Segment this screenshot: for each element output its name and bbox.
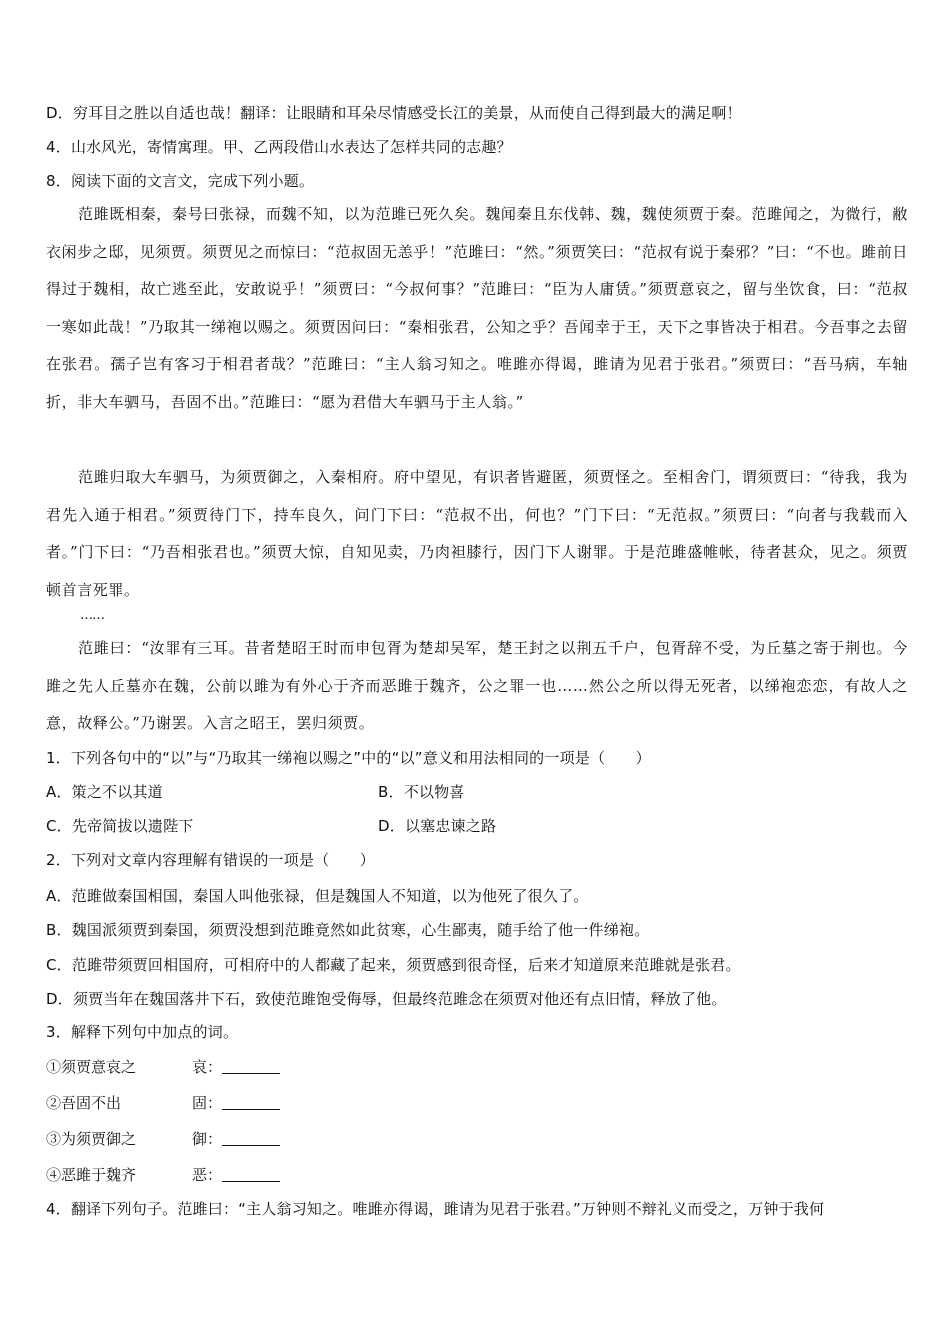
prev-question-4: 4．山水风光，寄情寓理。甲、乙两段借山水表达了怎样共同的志趣？ <box>46 137 512 157</box>
passage-paragraph-1: 范雎既相秦，秦号曰张禄，而魏不知，以为范雎已死久矣。魏闻秦且东伐韩、魏，魏使须贾… <box>46 196 908 422</box>
question-3-item-2: ②吾固不出固： <box>46 1093 280 1113</box>
answer-blank[interactable] <box>222 1059 280 1074</box>
question-2-option-c: C．范雎带须贾回相国府，可相府中的人都藏了起来，须贾感到很奇怪，后来才知道原来范… <box>46 955 741 975</box>
prev-option-d: D．穷耳目之胜以自适也哉！翻译：让眼睛和耳朵尽情感受长江的美景，从而使自己得到最… <box>46 103 742 123</box>
question-1-option-d: D．以塞忠谏之路 <box>378 816 496 836</box>
item-sentence: ①须贾意哀之 <box>46 1057 192 1077</box>
item-sentence: ③为须贾御之 <box>46 1129 192 1149</box>
question-2-option-b: B．魏国派须贾到秦国，须贾没想到范雎竟然如此贫寒，心生鄙夷，随手给了他一件绨袍。 <box>46 920 649 940</box>
answer-blank[interactable] <box>222 1131 280 1146</box>
question-3-item-1: ①须贾意哀之哀： <box>46 1057 280 1077</box>
question-3-item-3: ③为须贾御之御： <box>46 1129 280 1149</box>
item-sentence: ④恶雎于魏齐 <box>46 1165 192 1185</box>
document-page: D．穷耳目之胜以自适也哉！翻译：让眼睛和耳朵尽情感受长江的美景，从而使自己得到最… <box>0 0 950 1344</box>
question-3-stem: 3．解释下列句中加点的词。 <box>46 1022 238 1042</box>
question-1-stem: 1．下列各句中的“以”与“乃取其一绨袍以赐之”中的“以”意义和用法相同的一项是（… <box>46 748 651 768</box>
answer-blank[interactable] <box>222 1167 280 1182</box>
question-1-option-a: A．策之不以其道 <box>46 782 163 802</box>
question-1-option-b: B．不以物喜 <box>378 782 465 802</box>
question-4-stem: 4．翻译下列句子。范雎曰：“主人翁习知之。唯雎亦得谒，雎请为见君于张君。”万钟则… <box>46 1199 824 1219</box>
question-2-option-d: D．须贾当年在魏国落井下石，致使范雎饱受侮辱，但最终范雎念在须贾对他还有点旧情，… <box>46 989 727 1009</box>
section-heading: 8．阅读下面的文言文，完成下列小题。 <box>46 171 314 191</box>
question-1-option-c: C．先帝简拔以遗陛下 <box>46 816 193 836</box>
passage-paragraph-2: 范雎归取大车驷马，为须贾御之，入秦相府。府中望见，有识者皆避匿，须贾怪之。至相舍… <box>46 459 908 609</box>
passage-ellipsis: …… <box>80 608 104 623</box>
item-word: 恶： <box>192 1166 222 1184</box>
item-word: 御： <box>192 1130 222 1148</box>
question-2-option-a: A．范雎做秦国相国，秦国人叫他张禄，但是魏国人不知道，以为他死了很久了。 <box>46 886 588 906</box>
question-2-stem: 2．下列对文章内容理解有错误的一项是（ ） <box>46 850 375 870</box>
question-3-item-4: ④恶雎于魏齐恶： <box>46 1165 280 1185</box>
item-word: 固： <box>192 1094 222 1112</box>
item-word: 哀： <box>192 1058 222 1076</box>
passage-paragraph-3: 范雎曰：“汝罪有三耳。昔者楚昭王时而申包胥为楚却吴军，楚王封之以荆五千户，包胥辞… <box>46 630 908 743</box>
item-sentence: ②吾固不出 <box>46 1093 192 1113</box>
answer-blank[interactable] <box>222 1095 280 1110</box>
